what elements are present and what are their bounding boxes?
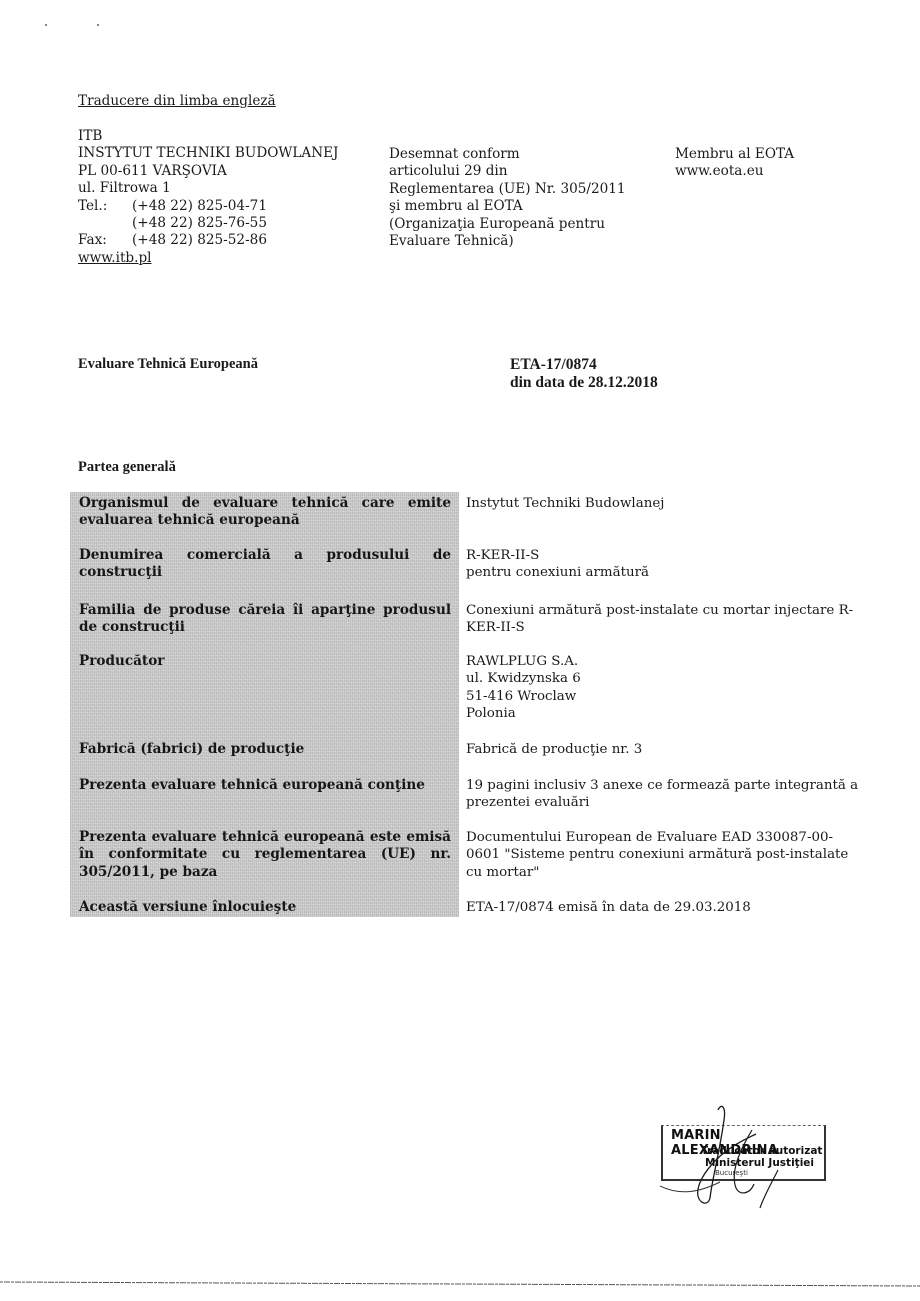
eta-reference: ETA-17/0874 din data de 28.12.2018 — [510, 356, 658, 392]
issuer-street: ul. Filtrowa 1 — [78, 180, 338, 197]
fax-number: (+48 22) 825-52-86 — [132, 232, 267, 248]
row-label-basis: Prezenta evaluare tehnică europeană este… — [79, 829, 451, 881]
eta-date: din data de 28.12.2018 — [510, 374, 658, 392]
row-value-basis: Documentului European de Evaluare EAD 33… — [466, 829, 838, 881]
translator-stamp: MARIN ALEXANDRINA Traducător autorizat M… — [661, 1125, 826, 1181]
value-line: Conexiuni armătură post-instalate cu mor… — [466, 602, 838, 619]
row-label-plant: Fabrică (fabrici) de producţie — [79, 741, 451, 758]
value-line: Instytut Techniki Budowlanej — [466, 495, 838, 512]
tel-label: Tel.: — [78, 198, 132, 215]
row-label-manufacturer: Producător — [79, 653, 451, 670]
value-line: R-KER-II-S — [466, 547, 838, 564]
stamp-city: Bucureşti — [715, 1169, 748, 1177]
row-label-trade-name: Denumirea comercială a produsului de con… — [79, 547, 451, 582]
value-line: prezentei evaluări — [466, 794, 838, 811]
membership-label: Membru al EOTA — [675, 146, 794, 163]
designation-line: (Organizaţia Europeană pentru — [389, 216, 626, 233]
document-page: Traducere din limba engleză ITB INSTYTUT… — [0, 0, 920, 1301]
row-value-assessment-body: Instytut Techniki Budowlanej — [466, 495, 838, 512]
value-line: 0601 "Sisteme pentru conexiuni armătură … — [466, 846, 838, 863]
scan-edge-line — [0, 1281, 920, 1287]
value-line: KER-II-S — [466, 619, 838, 636]
issuer-fax: Fax:(+48 22) 825-52-86 — [78, 232, 338, 249]
value-line: ETA-17/0874 emisă în data de 29.03.2018 — [466, 899, 838, 916]
scan-speck — [45, 24, 47, 26]
scan-speck — [97, 24, 99, 26]
value-line: Polonia — [466, 705, 838, 722]
eta-number: ETA-17/0874 — [510, 356, 658, 374]
stamp-role: Traducător autorizat — [701, 1145, 822, 1157]
tel-number-2: (+48 22) 825-76-55 — [132, 215, 267, 231]
value-line: cu mortar" — [466, 864, 838, 881]
value-line: RAWLPLUG S.A. — [466, 653, 838, 670]
row-value-contents: 19 pagini inclusiv 3 anexe ce formează p… — [466, 777, 838, 812]
fax-label: Fax: — [78, 232, 132, 249]
row-label-product-family: Familia de produse căreia îi aparţine pr… — [79, 602, 451, 637]
value-line: Documentului European de Evaluare EAD 33… — [466, 829, 838, 846]
row-label-assessment-body: Organismul de evaluare tehnică care emit… — [79, 495, 451, 530]
designation-block: Desemnat conform articolului 29 din Regl… — [389, 146, 626, 250]
issuer-tel-2: (+48 22) 825-76-55 — [78, 215, 338, 232]
row-value-product-family: Conexiuni armătură post-instalate cu mor… — [466, 602, 838, 637]
issuer-website-link[interactable]: www.itb.pl — [78, 250, 338, 267]
value-line: Fabrică de producţie nr. 3 — [466, 741, 838, 758]
issuer-tel-1: Tel.:(+48 22) 825-04-71 — [78, 198, 338, 215]
stamp-ministry: Ministerul Justiţiei — [705, 1157, 814, 1169]
designation-line: şi membru al EOTA — [389, 198, 626, 215]
designation-line: articolului 29 din — [389, 163, 626, 180]
row-value-replaces: ETA-17/0874 emisă în data de 29.03.2018 — [466, 899, 838, 916]
translation-note: Traducere din limba engleză — [78, 93, 276, 110]
value-line: pentru conexiuni armătură — [466, 564, 838, 581]
designation-line: Evaluare Tehnică) — [389, 233, 626, 250]
row-label-replaces: Această versiune înlocuieşte — [79, 899, 451, 916]
row-value-plant: Fabrică de producţie nr. 3 — [466, 741, 838, 758]
row-value-trade-name: R-KER-II-S pentru conexiuni armătură — [466, 547, 838, 582]
issuer-postal: PL 00-611 VARŞOVIA — [78, 163, 338, 180]
row-value-manufacturer: RAWLPLUG S.A. ul. Kwidzynska 6 51-416 Wr… — [466, 653, 838, 723]
designation-line: Reglementarea (UE) Nr. 305/2011 — [389, 181, 626, 198]
membership-block: Membru al EOTA www.eota.eu — [675, 146, 794, 181]
section-heading: Partea generală — [78, 459, 176, 476]
value-line: 19 pagini inclusiv 3 anexe ce formează p… — [466, 777, 838, 794]
value-line: ul. Kwidzynska 6 — [466, 670, 838, 687]
row-label-contents: Prezenta evaluare tehnică europeană conţ… — [79, 777, 451, 794]
value-line: 51-416 Wroclaw — [466, 688, 838, 705]
tel-number-1: (+48 22) 825-04-71 — [132, 198, 267, 214]
eota-website-link[interactable]: www.eota.eu — [675, 163, 794, 180]
designation-line: Desemnat conform — [389, 146, 626, 163]
issuer-name: INSTYTUT TECHNIKI BUDOWLANEJ — [78, 145, 338, 162]
issuer-abbr: ITB — [78, 128, 338, 145]
issuer-address-block: ITB INSTYTUT TECHNIKI BUDOWLANEJ PL 00-6… — [78, 128, 338, 267]
document-type-title: Evaluare Tehnică Europeană — [78, 356, 258, 373]
